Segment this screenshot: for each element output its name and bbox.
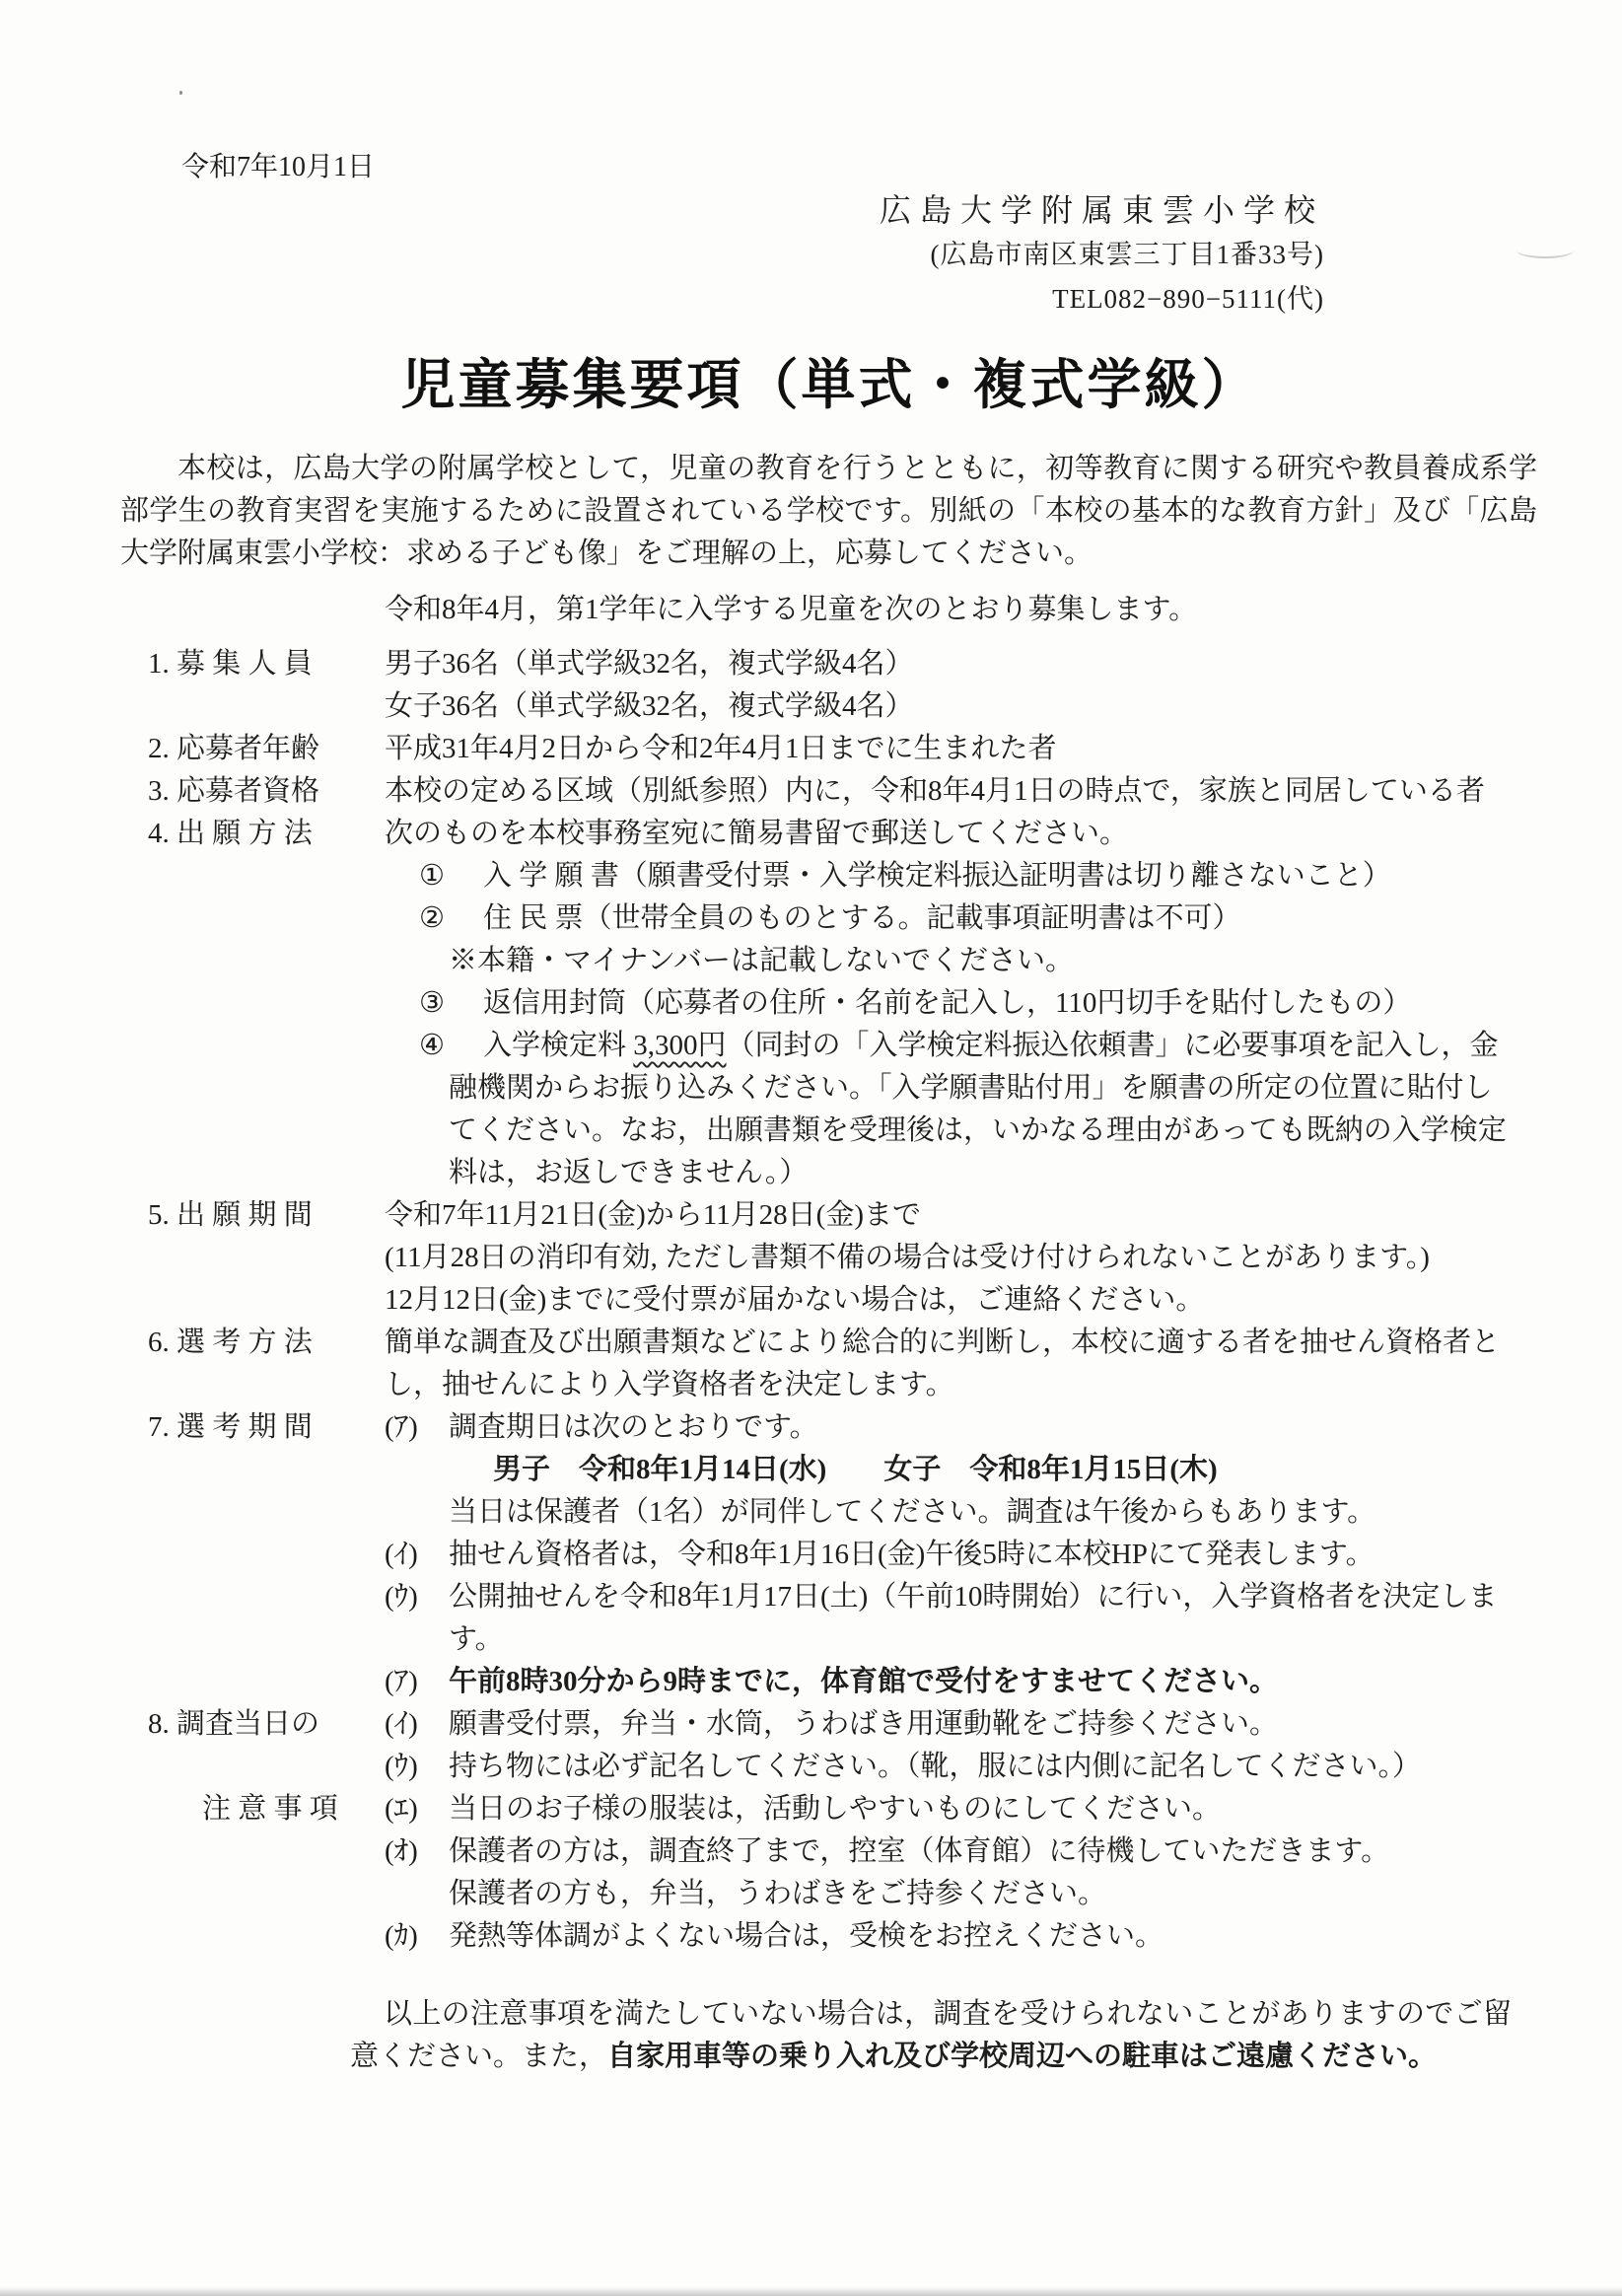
kana-marker-a: (ｱ): [385, 1406, 449, 1534]
return-envelope-text: 返信用封筒（応募者の住所・名前を記入し，110円切手を貼付したもの）: [449, 982, 1512, 1025]
section-selection-period: 7. 選 考 期 間 (ｱ) 調査期日は次のとおりです。 男子 令和8年1月14…: [148, 1406, 1512, 1661]
eligibility-text: 本校の定める区域（別紙参照）内に，令和8年4月1日の時点で，家族と同居している者: [385, 770, 1512, 813]
section-recruit-numbers: 1. 募 集 人 員 男子36名（単式学級32名，複式学級4名） 女子36名（単…: [148, 643, 1512, 728]
application-period-dates: 令和7年11月21日(金)から11月28日(金)まで: [385, 1194, 1512, 1237]
section-label: 3. 応募者資格: [148, 770, 385, 813]
application-item-return-envelope: ③ 返信用封筒（応募者の住所・名前を記入し，110円切手を貼付したもの）: [419, 982, 1512, 1025]
selection-item-a: (ｱ) 調査期日は次のとおりです。 男子 令和8年1月14日(水) 女子 令和8…: [385, 1406, 1512, 1534]
school-phone: TEL082−890−5111(代): [148, 277, 1324, 322]
sections-list: 1. 募 集 人 員 男子36名（単式学級32名，複式学級4名） 女子36名（単…: [148, 643, 1512, 1958]
note-item-e: (ｵ) 保護者の方は，調査終了まで，控室（体育館）に待機していただきます。 保護…: [385, 1830, 1512, 1915]
section-applicant-age: 2. 応募者年齢 平成31年4月2日から令和2年4月1日までに生まれた者: [148, 728, 1512, 770]
application-method-intro: 次のものを本校事務室宛に簡易書留で郵送してください。: [385, 813, 1512, 855]
items-to-bring-note: 願書受付票，弁当・水筒，うわばき用運動靴をご持参ください。: [449, 1703, 1512, 1746]
sender-block: 広島大学附属東雲小学校 (広島市南区東雲三丁目1番33号) TEL082−890…: [148, 188, 1324, 322]
exam-fee-label: 入学検定料: [483, 1030, 633, 1061]
section-label: 2. 応募者年齢: [148, 728, 385, 770]
section-label: 1. 募 集 人 員: [148, 643, 385, 728]
guardian-waiting-note: 保護者の方は，調査終了まで，控室（体育館）に待機していただきます。: [449, 1830, 1512, 1873]
selection-method-text: 簡単な調査及び出願書類などにより総合的に判断し，本校に適する者を抽せん資格者とし…: [385, 1322, 1512, 1406]
residence-cert-text: 住 民 票（世帯全員のものとする。記載事項証明書は不可）: [449, 897, 1512, 940]
section-label: 6. 選 考 方 法: [148, 1322, 385, 1406]
section-label: 7. 選 考 期 間: [148, 1406, 385, 1661]
survey-date-intro: 調査期日は次のとおりです。: [449, 1406, 1512, 1449]
kana-marker-c: (ｳ): [385, 1576, 449, 1661]
kana-marker-d: (ｴ): [385, 1788, 449, 1830]
kana-marker-e: (ｵ): [385, 1830, 449, 1915]
boys-quota: 男子36名（単式学級32名，複式学級4名）: [385, 643, 1512, 685]
kana-marker-b: (ｲ): [385, 1703, 449, 1746]
clothing-note: 当日のお子様の服装は，活動しやすいものにしてください。: [449, 1788, 1512, 1830]
intro-paragraph: 本校は，広島大学の附属学校として，児童の教育を行うとともに，初等教育に関する研究…: [120, 448, 1537, 575]
fever-note: 発熱等体調がよくない場合は，受検をお控えください。: [449, 1915, 1512, 1958]
note-item-c: (ｳ) 持ち物には必ず記名してください。（靴，服には内側に記名してください。）: [385, 1746, 1512, 1788]
section-label-line1: 8. 調査当日の: [148, 1703, 385, 1746]
application-item-residence-cert: ② 住 民 票（世帯全員のものとする。記載事項証明書は不可） ※本籍・マイナンバ…: [419, 897, 1512, 982]
note-item-d: (ｴ) 当日のお子様の服装は，活動しやすいものにしてください。: [385, 1788, 1512, 1830]
reception-time-note: 午前8時30分から9時までに，体育館で受付をすませてください。: [449, 1661, 1512, 1703]
section-label: 4. 出 願 方 法: [148, 813, 385, 1194]
public-lottery-text: 公開抽せんを令和8年1月17日(土)（午前10時開始）に行い，入学資格者を決定し…: [449, 1576, 1512, 1661]
scan-bottom-edge: [0, 2287, 1622, 2296]
kana-marker-b: (ｲ): [385, 1534, 449, 1576]
section-selection-method: 6. 選 考 方 法 簡単な調査及び出願書類などにより総合的に判断し，本校に適す…: [148, 1322, 1512, 1406]
receipt-contact-note: 12月12日(金)までに受付票が届かない場合は，ご連絡ください。: [385, 1279, 1512, 1322]
kana-marker-c: (ｳ): [385, 1746, 449, 1788]
document-title: 児童募集要項（単式・複式学級）: [148, 345, 1512, 424]
school-name: 広島大学附属東雲小学校: [148, 188, 1324, 233]
application-form-text: 入 学 願 書（願書受付票・入学検定料振込証明書は切り離さないこと）: [449, 855, 1512, 897]
recruitment-statement: 令和8年4月，第1学年に入学する児童を次のとおり募集します。: [385, 589, 1512, 631]
postmark-note: (11月28日の消印有効, ただし書類不備の場合は受け付けられないことがあります…: [385, 1237, 1512, 1279]
selection-item-c: (ｳ) 公開抽せんを令和8年1月17日(土)（午前10時開始）に行い，入学資格者…: [385, 1576, 1512, 1661]
girls-quota: 女子36名（単式学級32名，複式学級4名）: [385, 685, 1512, 728]
school-address: (広島市南区東雲三丁目1番33号): [148, 233, 1324, 277]
application-item-exam-fee: ④ 入学検定料 3,300円（同封の「入学検定料振込依頼書」に必要事項を記入し，…: [419, 1025, 1512, 1194]
name-labeling-note: 持ち物には必ず記名してください。（靴，服には内側に記名してください。）: [449, 1746, 1512, 1788]
selection-item-b: (ｲ) 抽せん資格者は，令和8年1月16日(金)午後5時に本校HPにて発表します…: [385, 1534, 1512, 1576]
age-range: 平成31年4月2日から令和2年4月1日までに生まれた者: [385, 728, 1512, 770]
note-item-f: (ｶ) 発熱等体調がよくない場合は，受検をお控えください。: [385, 1915, 1512, 1958]
scan-arc-artifact: [1516, 243, 1574, 258]
section-label-line2: 注 意 事 項: [148, 1788, 385, 1830]
section-survey-day-notes: 8. 調査当日の 注 意 事 項 (ｱ) 午前8時30分から9時までに，体育館で…: [148, 1661, 1512, 1958]
survey-schedule: 男子 令和8年1月14日(水) 女子 令和8年1月15日(木): [493, 1449, 1512, 1491]
guardian-accompany-note: 当日は保護者（1名）が同伴してください。調査は午後からもあります。: [449, 1491, 1512, 1534]
kana-marker-a: (ｱ): [385, 1661, 449, 1703]
closing-paragraph: 以上の注意事項を満たしていない場合は，調査を受けられないことがありますのでご留意…: [350, 1993, 1512, 2078]
application-item-form: ① 入 学 願 書（願書受付票・入学検定料振込証明書は切り離さないこと）: [419, 855, 1512, 897]
residence-cert-note: ※本籍・マイナンバーは記載しないでください。: [449, 940, 1512, 982]
lottery-qualifiers-announcement: 抽せん資格者は，令和8年1月16日(金)午後5時に本校HPにて発表します。: [449, 1534, 1512, 1576]
scan-speck-artifact: [179, 91, 182, 95]
document-date: 令和7年10月1日: [181, 146, 1512, 188]
closing-bold-text: 自家用車等の乗り入れ及び学校周辺への駐車はご遠慮ください。: [607, 2041, 1437, 2072]
exam-fee-text: 入学検定料 3,300円（同封の「入学検定料振込依頼書」に必要事項を記入し，金融…: [449, 1025, 1512, 1194]
section-application-method: 4. 出 願 方 法 次のものを本校事務室宛に簡易書留で郵送してください。 ① …: [148, 813, 1512, 1194]
section-application-period: 5. 出 願 期 間 令和7年11月21日(金)から11月28日(金)まで (1…: [148, 1194, 1512, 1322]
exam-fee-amount: 3,300円: [633, 1030, 726, 1061]
guardian-bring-note: 保護者の方も，弁当，うわばきをご持参ください。: [449, 1873, 1512, 1915]
kana-marker-f: (ｶ): [385, 1915, 449, 1958]
note-item-b: (ｲ) 願書受付票，弁当・水筒，うわばき用運動靴をご持参ください。: [385, 1703, 1512, 1746]
section-label: 5. 出 願 期 間: [148, 1194, 385, 1322]
section-applicant-eligibility: 3. 応募者資格 本校の定める区域（別紙参照）内に，令和8年4月1日の時点で，家…: [148, 770, 1512, 813]
scanned-document-page: 令和7年10月1日 広島大学附属東雲小学校 (広島市南区東雲三丁目1番33号) …: [0, 0, 1622, 2296]
note-item-a: (ｱ) 午前8時30分から9時までに，体育館で受付をすませてください。: [385, 1661, 1512, 1703]
